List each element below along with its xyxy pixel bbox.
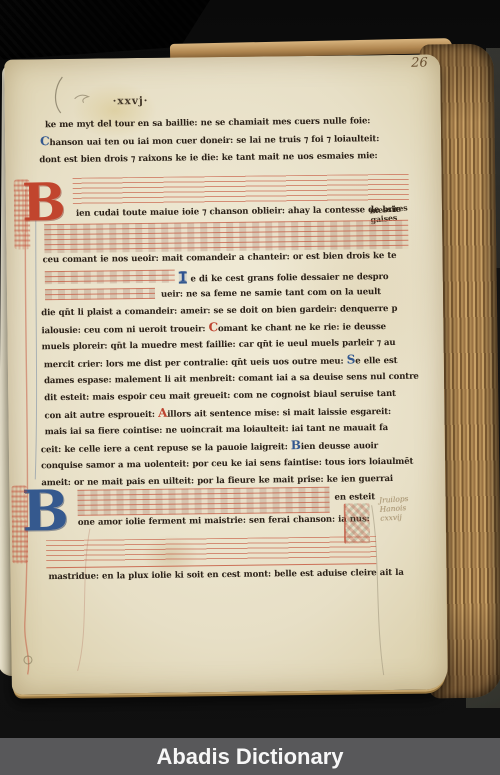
small-initial: I — [179, 271, 188, 283]
text-line: Chanson uai ten ou iai mon cuer doneir: … — [40, 133, 379, 148]
music-staff-lines — [46, 536, 376, 564]
caption-bar: Abadis Dictionary — [0, 738, 500, 775]
caption-title: Abadis Dictionary — [156, 744, 343, 770]
text-line: mercit crier: lors me dist per contralie… — [44, 355, 398, 370]
small-initial: A — [158, 406, 167, 420]
chapter-heading: ·xxvj· — [113, 95, 149, 107]
text-line: ceu comant ie nos ueoir: mait comandeir … — [43, 251, 397, 265]
manuscript-page: 26 ·xxvj· ke me myt del tour en sa baill… — [4, 54, 448, 694]
text-line: mastridue: en la plux iolie ki soit en c… — [48, 568, 403, 582]
illuminated-initial-bottom: B — [21, 483, 69, 540]
text-line: con ait autre esproueit: Aillors ait sen… — [44, 406, 391, 421]
music-staff-ghost-text — [45, 270, 175, 285]
filigree-ornament — [11, 485, 28, 563]
text-line: I e di ke cest grans folie dessaier ne d… — [179, 269, 389, 285]
small-initial: C — [208, 320, 218, 334]
text-line: one amor iolie ferment mi maistrie: sen … — [78, 514, 370, 528]
text-line: dont est bien drois ⁊ raixons ke ie die:… — [39, 151, 377, 165]
photo-of-manuscript: 26 ·xxvj· ke me myt del tour en sa baill… — [0, 0, 500, 775]
pen-ringlet — [23, 655, 32, 664]
text-line: dames espase: malement li ait menbreit: … — [44, 372, 419, 387]
text-line: mais iai sa fiere cointise: ne uoincrait… — [45, 423, 388, 437]
text-line: ien cudai toute maiue ioie ⁊ chanson obl… — [76, 205, 401, 219]
music-staff-ghost-text — [45, 288, 155, 300]
text-line: ialousie: ceu com ni ueroit troueir: Com… — [41, 321, 386, 336]
text-line: conquise samor a ma uolenteit: por ceu k… — [41, 457, 413, 472]
text-line: ke me myt del tour en sa baillie: ne se … — [45, 116, 370, 130]
folio-number: 26 — [411, 56, 428, 71]
text-line: en esteit — [334, 492, 375, 502]
small-initial: B — [291, 438, 301, 452]
margin-note-faded: Jruilops Hanois cxxvij — [379, 494, 410, 523]
filigree-ornament — [14, 179, 31, 249]
text-line: ameit: or ne mait pais en uilteit: por l… — [41, 474, 393, 488]
text-line: muels ploreir: qn̄t la muedre mest faill… — [42, 338, 396, 352]
text-line: ceit: ke celle iere a cent repuse se la … — [41, 440, 378, 455]
text-line: dit esteit: mais espoir ceu mait greueit… — [44, 389, 396, 403]
text-line: ueir: ne sa feme ne samie tant com on la… — [161, 287, 381, 300]
music-staff-ghost-text — [44, 220, 408, 253]
music-staff-ghost-text — [77, 487, 329, 516]
music-staff-lines — [73, 174, 409, 206]
ruled-red-line — [46, 563, 376, 568]
text-line: die qn̄t li plaist a comandeir: ameir: s… — [41, 304, 397, 318]
